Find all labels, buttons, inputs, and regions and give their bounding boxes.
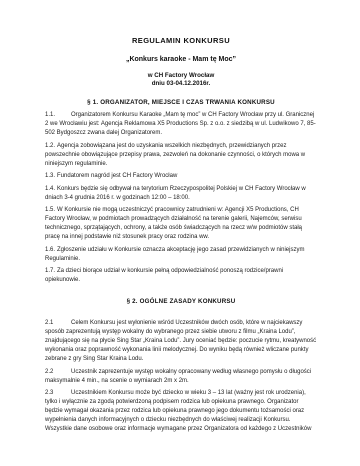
section-2: § 2. OGÓLNE ZASADY KONKURSU 2.1Celem Kon… [45,297,317,434]
paragraph-text: Uczestnik zaprezentuje występ wokalny op… [45,369,311,384]
paragraph-text: Organizatorem Konkursu Karaoke „Mam tę m… [45,112,316,136]
paragraph-1-5: 1.5.W Konkursie nie mogą uczestniczyć pr… [45,206,317,242]
paragraph-text: Za dzieci biorące udział w konkursie peł… [45,268,283,283]
paragraph-text: Fundatorem nagród jest CH Factory Wrocła… [57,173,177,179]
paragraph-2-1: 2.1Celem Konkursu jest wyłonienie wśród … [45,319,317,364]
paragraph-number: 1.5. [45,207,55,213]
paragraph-text: Celem Konkursu jest wyłonienie wśród Ucz… [45,320,316,362]
section-1-heading: § 1. ORGANIZATOR, MIEJSCE I CZAS TRWANIA… [45,98,317,107]
paragraph-number: 2.2 [45,368,71,377]
date-line: dniu 03-04.12.2016r. [45,80,317,88]
paragraph-number: 2.3 [45,389,71,398]
section-1: § 1. ORGANIZATOR, MIEJSCE I CZAS TRWANIA… [45,98,317,285]
paragraph-2-3: 2.3Uczestnikiem Konkursu może być dzieck… [45,389,317,434]
paragraph-number: 2.1 [45,319,71,328]
paragraph-text: Zgłoszenie udziału w Konkursie oznacza a… [45,247,304,262]
document-subtitle: „Konkurs karaoke - Mam tę Moc” [45,55,317,64]
paragraph-2-2: 2.2Uczestnik zaprezentuje występ wokalny… [45,368,317,386]
paragraph-text: Konkurs będzie się odbywał na terytorium… [45,186,306,201]
paragraph-number: 1.4. [45,186,55,192]
paragraph-1-2: 1.2.Agencja zobowiązana jest do uzyskani… [45,142,317,169]
paragraph-text: Agencja zobowiązana jest do uzyskania ws… [45,143,305,167]
document-title: REGULAMIN KONKURSU [45,36,317,45]
paragraph-number: 1.1. [45,111,71,120]
paragraph-text: Uczestnikiem Konkursu może być dziecko w… [45,390,311,432]
regulation-document-page: REGULAMIN KONKURSU „Konkurs karaoke - Ma… [0,0,360,466]
paragraph-1-7: 1.7.Za dzieci biorące udział w konkursie… [45,267,317,285]
paragraph-1-6: 1.6.Zgłoszenie udziału w Konkursie oznac… [45,246,317,264]
section-2-heading: § 2. OGÓLNE ZASADY KONKURSU [45,297,317,306]
paragraph-number: 1.3. [45,173,55,179]
paragraph-1-4: 1.4.Konkurs będzie się odbywał na teryto… [45,185,317,203]
paragraph-1-3: 1.3.Fundatorem nagród jest CH Factory Wr… [45,172,317,181]
paragraph-number: 1.6. [45,247,55,253]
paragraph-text: W Konkursie nie mogą uczestniczyć pracow… [45,207,302,240]
venue-line: w CH Factory Wrocław [45,72,317,80]
paragraph-number: 1.7. [45,268,55,274]
paragraph-number: 1.2. [45,143,55,149]
paragraph-1-1: 1.1.Organizatorem Konkursu Karaoke „Mam … [45,111,317,138]
